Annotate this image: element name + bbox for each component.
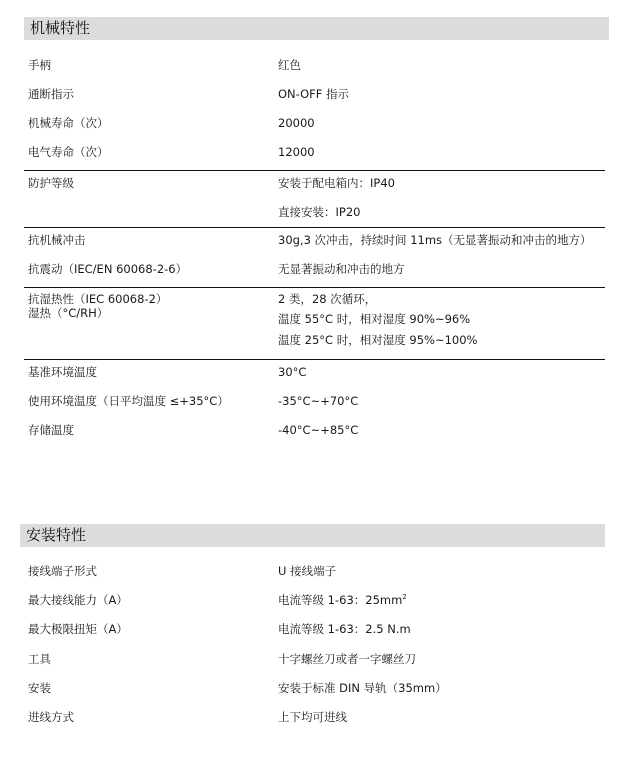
divider bbox=[24, 227, 605, 228]
label-operating-temp: 使用环境温度（日平均温度 ≤+35°C） bbox=[28, 394, 229, 408]
value-protection-level-1: 安装于配电箱内：IP40 bbox=[278, 176, 395, 190]
value-mechanical-life: 20000 bbox=[278, 116, 315, 130]
label-storage-temp: 存储温度 bbox=[28, 423, 74, 437]
label-max-wiring-capacity: 最大接线能力（A） bbox=[28, 593, 128, 607]
value-on-off-indicator: ON-OFF 指示 bbox=[278, 87, 349, 101]
value-max-torque: 电流等级 1-63：2.5 N.m bbox=[278, 622, 411, 636]
divider bbox=[24, 170, 605, 171]
value-damp-heat-1: 2 类，28 次循环， bbox=[278, 292, 376, 306]
label-vibration-resistance: 抗震动（IEC/EN 60068-2-6） bbox=[28, 262, 187, 276]
label-damp-heat-2: 湿热（°C/RH） bbox=[28, 306, 108, 320]
label-handle: 手柄 bbox=[28, 58, 51, 72]
value-wiring-method: 上下均可进线 bbox=[278, 710, 347, 724]
label-mechanical-life: 机械寿命（次） bbox=[28, 116, 109, 130]
label-max-torque: 最大极限扭矩（A） bbox=[28, 622, 128, 636]
value-handle: 红色 bbox=[278, 58, 301, 72]
value-electrical-life: 12000 bbox=[278, 145, 315, 159]
value-damp-heat-2: 温度 55°C 时，相对湿度 90%~96% bbox=[278, 312, 470, 326]
label-tool: 工具 bbox=[28, 652, 51, 666]
superscript: 2 bbox=[402, 593, 406, 601]
section-header-installation: 安装特性 bbox=[20, 524, 605, 547]
label-installation: 安装 bbox=[28, 681, 51, 695]
value-max-wiring-capacity: 电流等级 1-63：25mm2 bbox=[278, 593, 407, 607]
value-protection-level-2: 直接安装：IP20 bbox=[278, 205, 360, 219]
label-on-off-indicator: 通断指示 bbox=[28, 87, 74, 101]
value-damp-heat-3: 温度 25°C 时，相对湿度 95%~100% bbox=[278, 333, 477, 347]
value-vibration-resistance: 无显著振动和冲击的地方 bbox=[278, 262, 405, 276]
label-wiring-method: 进线方式 bbox=[28, 710, 74, 724]
value-max-wiring-capacity-text: 电流等级 1-63：25mm bbox=[278, 593, 402, 607]
divider bbox=[24, 359, 605, 360]
value-installation: 安装于标准 DIN 导轨（35mm） bbox=[278, 681, 447, 695]
value-storage-temp: -40°C~+85°C bbox=[278, 423, 358, 437]
label-terminal-type: 接线端子形式 bbox=[28, 564, 97, 578]
value-reference-temp: 30°C bbox=[278, 365, 306, 379]
value-tool: 十字螺丝刀或者一字螺丝刀 bbox=[278, 652, 416, 666]
label-shock-resistance: 抗机械冲击 bbox=[28, 233, 86, 247]
divider bbox=[24, 287, 605, 288]
label-damp-heat-1: 抗湿热性（IEC 60068-2） bbox=[28, 292, 167, 306]
label-electrical-life: 电气寿命（次） bbox=[28, 145, 109, 159]
label-protection-level: 防护等级 bbox=[28, 176, 74, 190]
value-terminal-type: U 接线端子 bbox=[278, 564, 336, 578]
label-reference-temp: 基准环境温度 bbox=[28, 365, 97, 379]
value-shock-resistance: 30g,3 次冲击，持续时间 11ms（无显著振动和冲击的地方） bbox=[278, 233, 592, 247]
value-operating-temp: -35°C~+70°C bbox=[278, 394, 358, 408]
section-header-mechanical: 机械特性 bbox=[24, 17, 609, 40]
